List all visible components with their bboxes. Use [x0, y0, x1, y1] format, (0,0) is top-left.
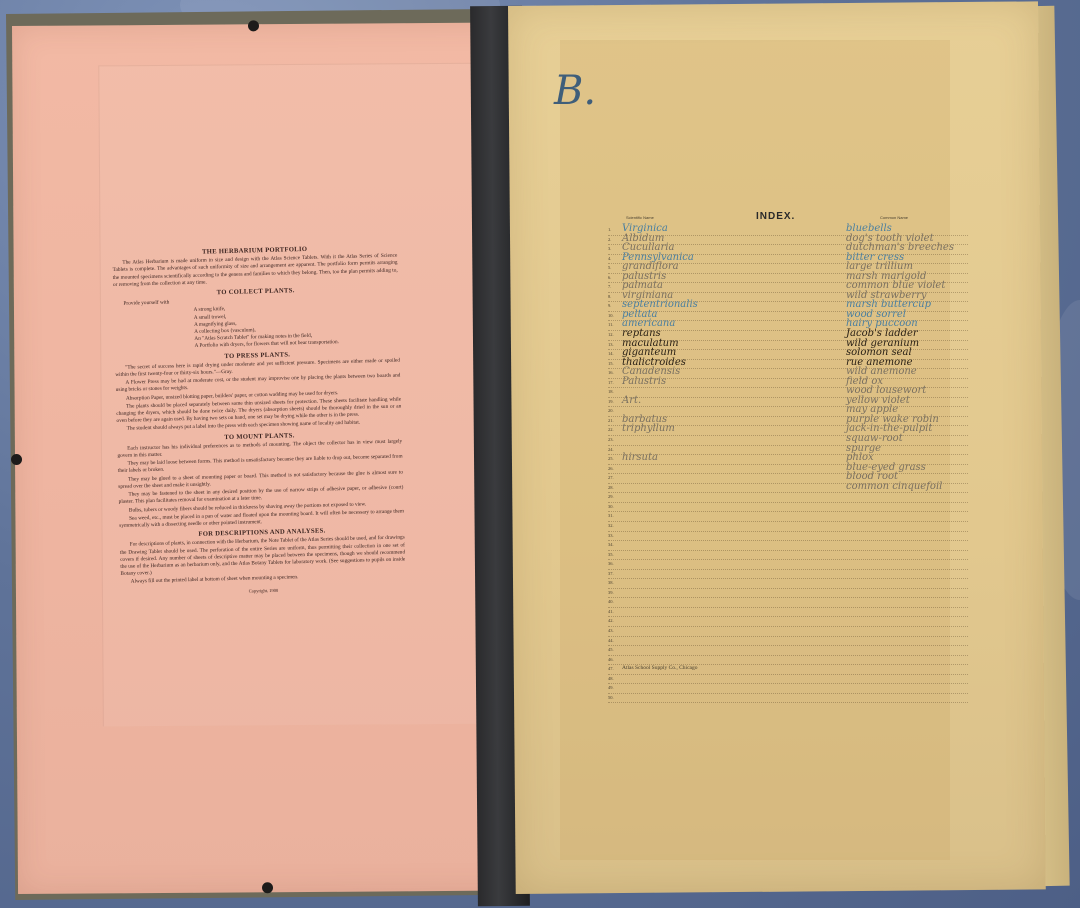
row-number: 12. — [608, 332, 614, 337]
row-number: 42. — [608, 618, 614, 623]
row-number: 18. — [608, 389, 614, 394]
intro-paragraph: The Atlas Herbarium is made uniform in s… — [112, 253, 398, 289]
row-number: 40. — [608, 599, 614, 604]
row-number: 22. — [608, 427, 614, 432]
index-row: 32. — [608, 522, 968, 532]
row-number: 33. — [608, 533, 614, 538]
index-row: 24.spurge — [608, 446, 968, 456]
index-row: 38. — [608, 579, 968, 589]
common-name: common cinquefoil — [846, 481, 942, 492]
row-number: 41. — [608, 609, 614, 614]
scientific-name: Art. — [622, 395, 641, 406]
instructions-text: THE HERBARIUM PORTFOLIO The Atlas Herbar… — [112, 241, 406, 598]
scientific-name-header: Scientific Name — [626, 215, 654, 220]
row-number: 11. — [608, 322, 613, 327]
row-number: 25. — [608, 456, 614, 461]
row-number: 29. — [608, 494, 614, 499]
scientific-name: Palustris — [622, 376, 666, 387]
scientific-name: hirsuta — [622, 452, 658, 463]
binding-hole — [11, 454, 22, 465]
row-number: 44. — [608, 638, 614, 643]
row-number: 3. — [608, 246, 611, 251]
index-row: 44. — [608, 637, 968, 647]
row-number: 47. — [608, 666, 614, 671]
instruction-sections: TO COLLECT PLANTS.Provide yourself withA… — [113, 285, 406, 587]
index-title: INDEX. — [756, 211, 795, 222]
index-row: 34. — [608, 541, 968, 551]
row-number: 2. — [608, 237, 611, 242]
row-number: 28. — [608, 485, 614, 490]
row-number: 16. — [608, 370, 614, 375]
row-number: 24. — [608, 447, 614, 452]
row-number: 45. — [608, 647, 614, 652]
row-number: 46. — [608, 657, 614, 662]
row-number: 5. — [608, 265, 611, 270]
row-number: 10. — [608, 313, 614, 318]
index-row: 18.wood lousewort — [608, 388, 968, 398]
row-number: 37. — [608, 571, 614, 576]
row-number: 50. — [608, 695, 614, 700]
row-number: 38. — [608, 580, 614, 585]
row-number: 36. — [608, 561, 614, 566]
index-row: 35. — [608, 551, 968, 561]
index-row: 23.squaw-root — [608, 436, 968, 446]
row-number: 21. — [608, 418, 614, 423]
row-number: 23. — [608, 437, 614, 442]
row-number: 43. — [608, 628, 614, 633]
index-row: 31. — [608, 512, 968, 522]
publisher-imprint: Atlas School Supply Co., Chicago — [622, 665, 697, 671]
row-number: 35. — [608, 552, 614, 557]
row-number: 9. — [608, 303, 611, 308]
row-number: 17. — [608, 380, 614, 385]
row-number: 20. — [608, 408, 614, 413]
row-number: 8. — [608, 294, 611, 299]
index-row: 37. — [608, 570, 968, 580]
index-row: 22.triphyllumjack-in-the-pulpit — [608, 426, 968, 436]
row-number: 13. — [608, 342, 614, 347]
index-row: 29. — [608, 493, 968, 503]
row-number: 4. — [608, 256, 611, 261]
row-number: 32. — [608, 523, 614, 528]
row-number: 6. — [608, 275, 611, 280]
binding-hole — [262, 882, 273, 893]
row-number: 19. — [608, 399, 614, 404]
row-number: 48. — [608, 676, 614, 681]
row-number: 39. — [608, 590, 614, 595]
index-list: 1.Virginicabluebells2.Albidumdog's tooth… — [608, 226, 968, 703]
common-name-header: Common Name — [880, 215, 908, 220]
index-row: 43. — [608, 627, 968, 637]
row-number: 31. — [608, 513, 614, 518]
section-paragraph: For descriptions of plants, in connectio… — [120, 535, 406, 578]
row-number: 7. — [608, 284, 611, 289]
index-row: 50. — [608, 694, 968, 704]
binding-hole — [248, 20, 259, 31]
index-row: 41. — [608, 608, 968, 618]
index-row: 42. — [608, 617, 968, 627]
index-row: 30. — [608, 503, 968, 513]
scientific-name: triphyllum — [622, 423, 675, 434]
index-row: 19.Art.yellow violet — [608, 398, 968, 408]
index-row: 49. — [608, 684, 968, 694]
index-row: 46. — [608, 656, 968, 666]
index-row: 45. — [608, 646, 968, 656]
row-number: 49. — [608, 685, 614, 690]
index-row: 9.septentrionalismarsh buttercup — [608, 302, 968, 312]
handwritten-letter: B. — [554, 68, 596, 114]
row-number: 27. — [608, 475, 614, 480]
row-number: 14. — [608, 351, 614, 356]
index-row: 40. — [608, 598, 968, 608]
row-number: 34. — [608, 542, 614, 547]
index-row: 33. — [608, 532, 968, 542]
index-row: 48. — [608, 675, 968, 685]
index-row: 28.common cinquefoil — [608, 484, 968, 494]
index-row: 39. — [608, 589, 968, 599]
row-number: 15. — [608, 361, 614, 366]
row-number: 1. — [608, 227, 611, 232]
index-row: 36. — [608, 560, 968, 570]
row-number: 30. — [608, 504, 614, 509]
index-row: 26.blue-eyed grass — [608, 465, 968, 475]
row-number: 26. — [608, 466, 614, 471]
